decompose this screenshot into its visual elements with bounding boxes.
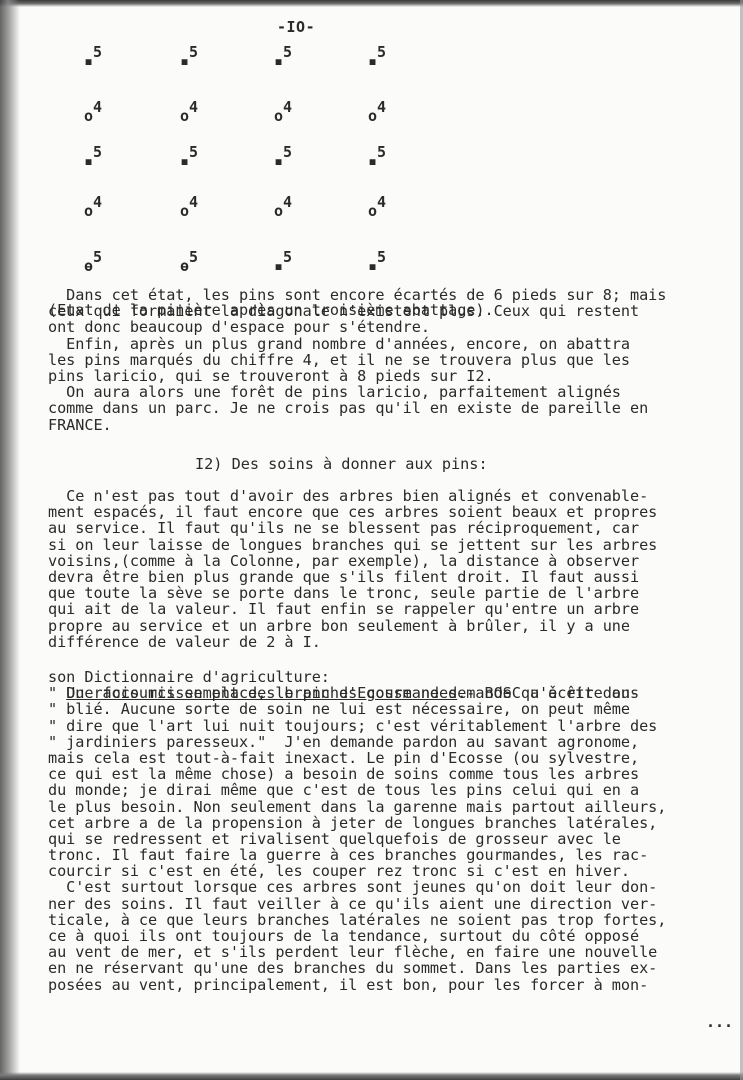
square-icon: ▪ [84, 152, 93, 170]
square-icon: ▪ [180, 152, 189, 170]
tree-mark-4: o4 [368, 204, 386, 219]
circle-icon: o [84, 202, 93, 220]
tree-mark-4: o4 [180, 109, 198, 124]
section-2-paragraph-1: Ce n'est pas tout d'avoir des arbres bie… [48, 488, 738, 650]
paragraph-1-line: Ce n'est pas tout d'avoir des arbres bie… [48, 488, 738, 504]
paragraph-2-line: mais cela est tout-à-fait inexact. Le pi… [48, 750, 738, 766]
tree-mark-4: o4 [84, 204, 102, 219]
square-icon: ▪ [180, 52, 189, 70]
tree-mark-4: o4 [368, 109, 386, 124]
paragraph-2-line: courcir si c'est en été, les couper rez … [48, 863, 738, 879]
paragraph-1-line: ment espacés, il faut encore que ces arb… [48, 504, 738, 520]
paragraph-2-line: ce qui est la même chose) a besoin de so… [48, 766, 738, 782]
square-icon: ▪ [84, 52, 93, 70]
paragraph-2-line: posées au vent, principalement, il est b… [48, 977, 738, 993]
scan-edge-left [0, 0, 20, 1080]
section-1-line: Enfin, après un plus grand nombre d'anné… [48, 336, 738, 352]
section-1-line: Dans cet état, les pins sont encore écar… [48, 287, 738, 303]
paragraph-2-line: son Dictionnaire d'agriculture: [48, 669, 738, 685]
scan-edge-top [0, 0, 743, 7]
tree-mark-4: o4 [84, 109, 102, 124]
circle-icon: o [180, 202, 189, 220]
paragraph-1-line: que toute la sève se porte dans le tronc… [48, 585, 738, 601]
section-1-body: Dans cet état, les pins sont encore écar… [48, 287, 738, 433]
square-icon: ▪ [368, 52, 377, 70]
paragraph-2-line: ce à quoi ils ont toujours de la tendanc… [48, 928, 738, 944]
paragraph-2-line: tronc. Il faut faire la guerre à ces bra… [48, 847, 738, 863]
circle-icon: o [274, 202, 283, 220]
tree-mark-5: ▪5 [180, 154, 198, 169]
section-heading: I2) Des soins à donner aux pins: [195, 455, 488, 473]
section-1-line: comme dans un parc. Je ne crois pas qu'i… [48, 400, 738, 416]
scan-edge-bottom [0, 1072, 743, 1080]
tree-mark-4: o4 [180, 204, 198, 219]
tree-mark-5: ▪5 [84, 154, 102, 169]
paragraph-1-line: si on leur laisse de longues branches qu… [48, 537, 738, 553]
paragraph-2-line: qui se redressent et rivalisent quelquef… [48, 831, 738, 847]
section-2-paragraph-2: son Dictionnaire d'agriculture:" Une foi… [48, 669, 738, 993]
tree-mark-4: o4 [274, 109, 292, 124]
tree-mark-5: ▪5 [180, 54, 198, 69]
paragraph-2-line: ticale, à ce que leurs branches latérale… [48, 912, 738, 928]
paragraph-1-line: propre au service et un arbre bon seulem… [48, 618, 738, 634]
tree-mark-5: ▪5 [274, 154, 292, 169]
section-1-line: On aura alors une forêt de pins laricio,… [48, 384, 738, 400]
circle-icon: o [368, 202, 377, 220]
section-1-line: les pins marqués du chiffre 4, et il ne … [48, 352, 738, 368]
circle-icon: o [368, 107, 377, 125]
circle-icon: o [84, 107, 93, 125]
pine-plantation-diagram: ▪5▪5▪5▪5o4o4o4o4▪5▪5▪5▪5o4o4o4o4ɵ5ɵ5▪5▪5 [84, 40, 404, 270]
paragraph-1-line: devra être bien plus grande que s'ils fi… [48, 569, 738, 585]
paragraph-1-line: au service. Il faut qu'ils ne se blessen… [48, 520, 738, 536]
square-icon: ▪ [274, 152, 283, 170]
section-1-line: ont donc beaucoup d'espace pour s'étendr… [48, 319, 738, 335]
square-icon: ▪ [274, 52, 283, 70]
section-1-line: ceux qui formaient la diagonale n'existe… [48, 303, 738, 319]
paragraph-2-line: du monde; je dirai même que c'est de tou… [48, 782, 738, 798]
circle-icon: o [274, 107, 283, 125]
paragraph-2-line: au vent de mer, et s'ils perdent leur fl… [48, 944, 738, 960]
paragraph-1-line: voisins,(comme à la Colonne, par exemple… [48, 553, 738, 569]
tree-mark-5: ▪5 [368, 54, 386, 69]
paragraph-2-line: le plus besoin. Non seulement dans la ga… [48, 799, 738, 815]
paragraph-2-line: ner des soins. Il faut veiller à ce qu'i… [48, 896, 738, 912]
tree-mark-5: ▪5 [274, 54, 292, 69]
paragraph-2-line: C'est surtout lorsque ces arbres sont je… [48, 879, 738, 895]
circle-icon: o [180, 107, 189, 125]
continuation-ellipsis: ... [706, 1013, 733, 1031]
paragraph-2-line: " Une fois mis en place, le pin d'Ecosse… [48, 685, 738, 701]
page-number: -IO- [277, 18, 315, 36]
tree-mark-5: ▪5 [368, 154, 386, 169]
paragraph-1-line: différence de valeur de 2 à I. [48, 634, 738, 650]
tree-mark-4: o4 [274, 204, 292, 219]
tree-mark-5: ▪5 [84, 54, 102, 69]
section-1-line: pins laricio, qui se trouveront à 8 pied… [48, 368, 738, 384]
paragraph-2-line: " dire que l'art lui nuit toujours; c'es… [48, 718, 738, 734]
square-icon: ▪ [368, 152, 377, 170]
paragraph-2-line: " jardiniers paresseux." J'en demande pa… [48, 734, 738, 750]
paragraph-1-line: qui ait de la valeur. Il faut enfin se r… [48, 601, 738, 617]
section-1-line: FRANCE. [48, 417, 738, 433]
paragraph-2-line: " blié. Aucune sorte de soin ne lui est … [48, 701, 738, 717]
paragraph-2-line: cet arbre a de la propension à jeter de … [48, 815, 738, 831]
paragraph-2-line: en ne réservant qu'une des branches du s… [48, 960, 738, 976]
